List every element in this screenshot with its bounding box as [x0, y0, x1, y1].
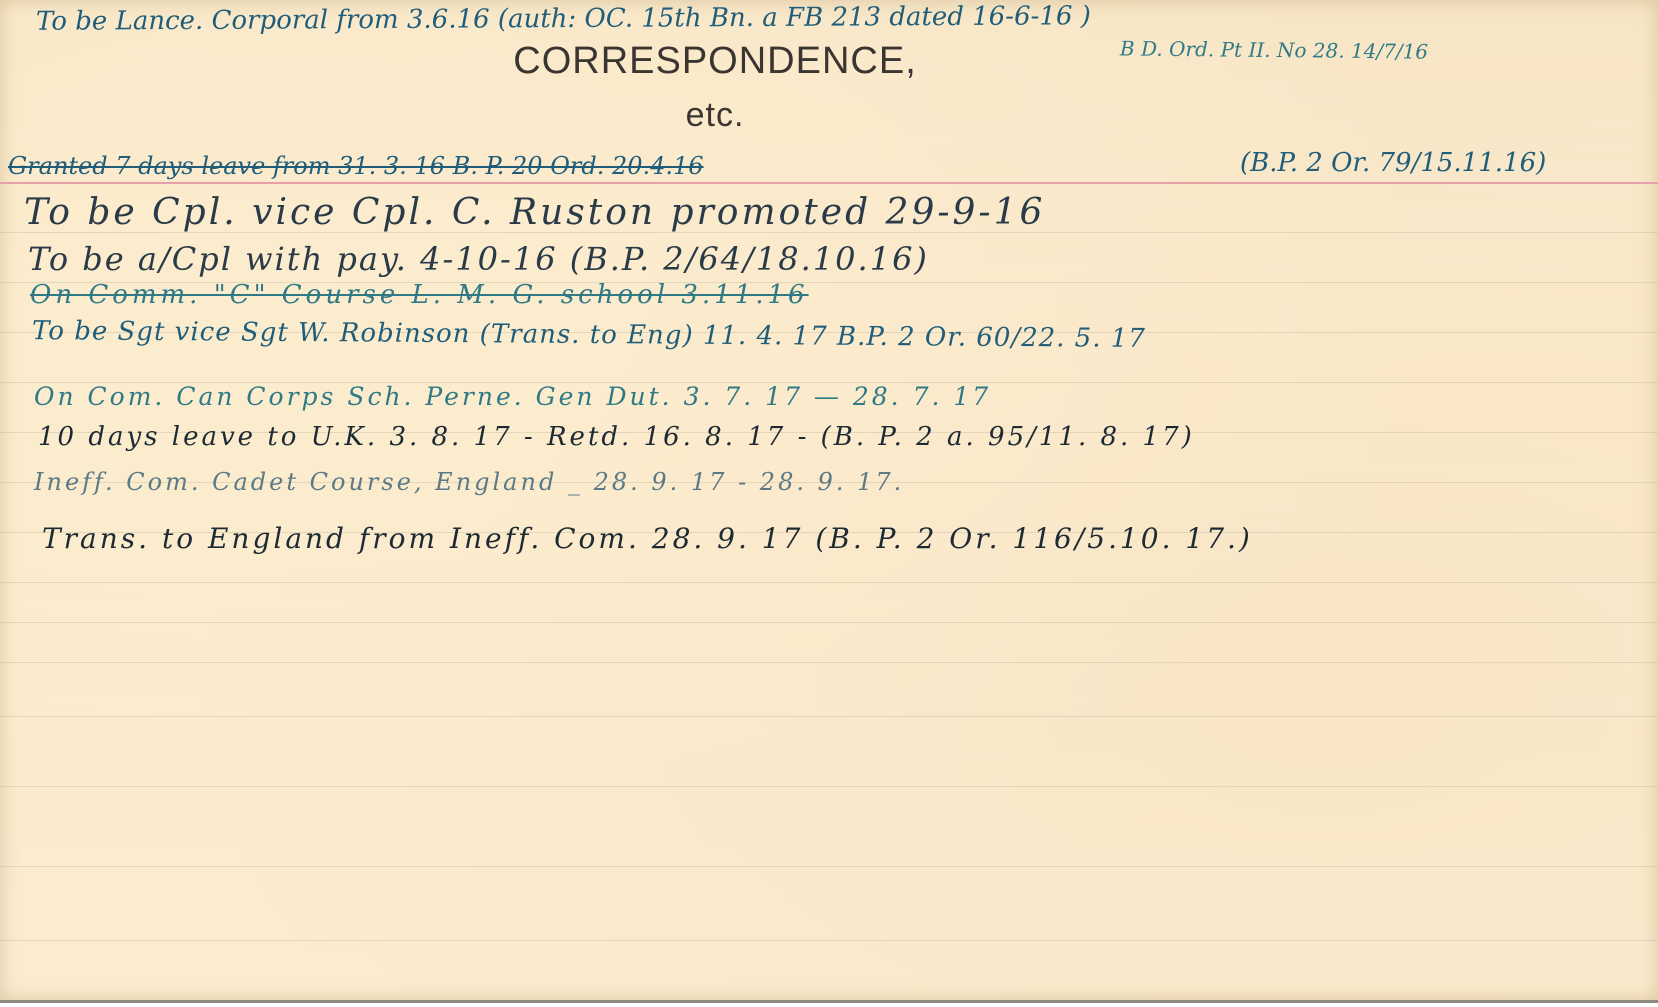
ruled-line	[0, 940, 1658, 941]
entry-trans-to-england: Trans. to England from Ineff. Com. 28. 9…	[42, 522, 1253, 555]
entry-to-be-sgt: To be Sgt vice Sgt W. Robinson (Trans. t…	[32, 316, 1146, 354]
correspondence-record-card: CORRESPONDENCE, etc. To be Lance. Corpor…	[0, 0, 1658, 1003]
ruled-line	[0, 866, 1658, 867]
entry-leave-uk: 10 days leave to U.K. 3. 8. 17 - Retd. 1…	[38, 422, 1195, 452]
entry-bd-order: B D. Ord. Pt II. No 28. 14/7/16	[1120, 36, 1428, 63]
printed-subheading: etc.	[0, 96, 1430, 135]
entry-corps-school: On Com. Can Corps Sch. Perne. Gen Dut. 3…	[34, 382, 991, 411]
ruled-line	[0, 716, 1658, 717]
entry-lmg-course-struck: On Comm. "C" Course L. M. G. school 3.11…	[30, 280, 809, 310]
ruled-line	[0, 582, 1658, 583]
ruled-line	[0, 662, 1658, 663]
ruled-line	[0, 622, 1658, 623]
entry-lance-corporal: To be Lance. Corporal from 3.6.16 (auth:…	[36, 1, 1091, 37]
ruled-line	[0, 786, 1658, 787]
entry-bp-79: (B.P. 2 Or. 79/15.11.16)	[1240, 148, 1546, 178]
entry-to-be-cpl: To be Cpl. vice Cpl. C. Ruston promoted …	[24, 192, 1045, 233]
red-header-rule	[0, 182, 1658, 184]
entry-cadet-course: Ineff. Com. Cadet Course, England _ 28. …	[34, 468, 904, 496]
entry-acting-cpl-with-pay: To be a/Cpl with pay. 4-10-16 (B.P. 2/64…	[28, 240, 929, 278]
entry-granted-leave-struck: Granted 7 days leave from 31. 3. 16 B. P…	[8, 152, 704, 180]
